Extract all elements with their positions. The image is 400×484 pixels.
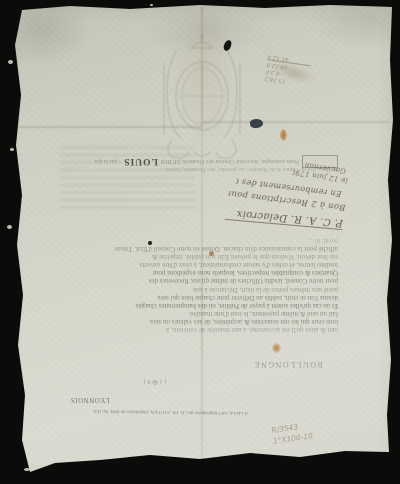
header-small-text: Nous soussigné, Receveur Général des Fin…: [161, 159, 299, 165]
body-line: sur leur devoir. Voulons que le présent …: [60, 253, 338, 261]
body-line: tant & ainsi qu'il est accoutumé, à une …: [60, 326, 338, 334]
body-line: royal, le ...: [60, 237, 338, 245]
paper-fiber: [8, 60, 13, 64]
printed-body-paragraph: tant & ainsi qu'il est accoutumé, à une …: [60, 236, 338, 334]
printed-ornament: ( 1 ✠ 8 ): [134, 378, 176, 386]
printed-place-word: LYONNOIS: [64, 396, 116, 404]
photo-stage: Nous soussigné, Receveur Général des Fin…: [0, 0, 400, 484]
paper-sheet: Nous soussigné, Receveur Général des Fin…: [0, 0, 400, 484]
paper-fiber: [24, 468, 30, 471]
header-small-text-2: , par la grâce: [95, 159, 120, 165]
dark-speck: [148, 241, 152, 245]
rust-stain-2: [272, 343, 281, 353]
body-line: Quartiers & comptables respectives, lesq…: [60, 269, 338, 277]
body-line: affiché pour la connaissance d'un chacun…: [60, 245, 338, 253]
printer-imprint-line: A LILLE, De l'Imprimerie de CH. FR. STEV…: [68, 408, 248, 416]
body-line: dessus l'on se croit, soldés au Délivrer…: [60, 294, 338, 302]
show-through-text-lines: [60, 142, 195, 214]
manuscript-signature: P. C. A. R. Delacroix: [225, 207, 344, 230]
body-line: Et au cas qu'elles soient à payer de Pub…: [60, 302, 338, 310]
manuscript-arithmetic: 15.18.2 9.3.6 16.12.8 41.12.4: [250, 50, 337, 90]
small-brown-dot: [209, 251, 214, 256]
body-line: fait un seul & même payement, le tout d'…: [60, 310, 338, 318]
rust-stain: [280, 129, 287, 141]
body-line: porté aux mêmes portes de la mort, Décla…: [60, 285, 338, 293]
paper-fiber: [7, 225, 12, 229]
body-line: tous ceux qui les ont souscrites & acqui…: [60, 318, 338, 326]
king-name-text: LOUIS: [123, 157, 158, 167]
dark-blue-ink-blot: [249, 118, 263, 129]
body-line: lesdites lettres, et celles d'y seront c…: [60, 261, 338, 269]
paper-fiber: [10, 148, 14, 151]
paper-fiber: [150, 4, 153, 6]
body-line: pour notre Conseil, lesdits Officiers de…: [60, 277, 338, 285]
pencil-notes: R/3543 1°X100-10: [271, 419, 314, 446]
printed-signature: BOULLONGNE: [242, 360, 334, 369]
